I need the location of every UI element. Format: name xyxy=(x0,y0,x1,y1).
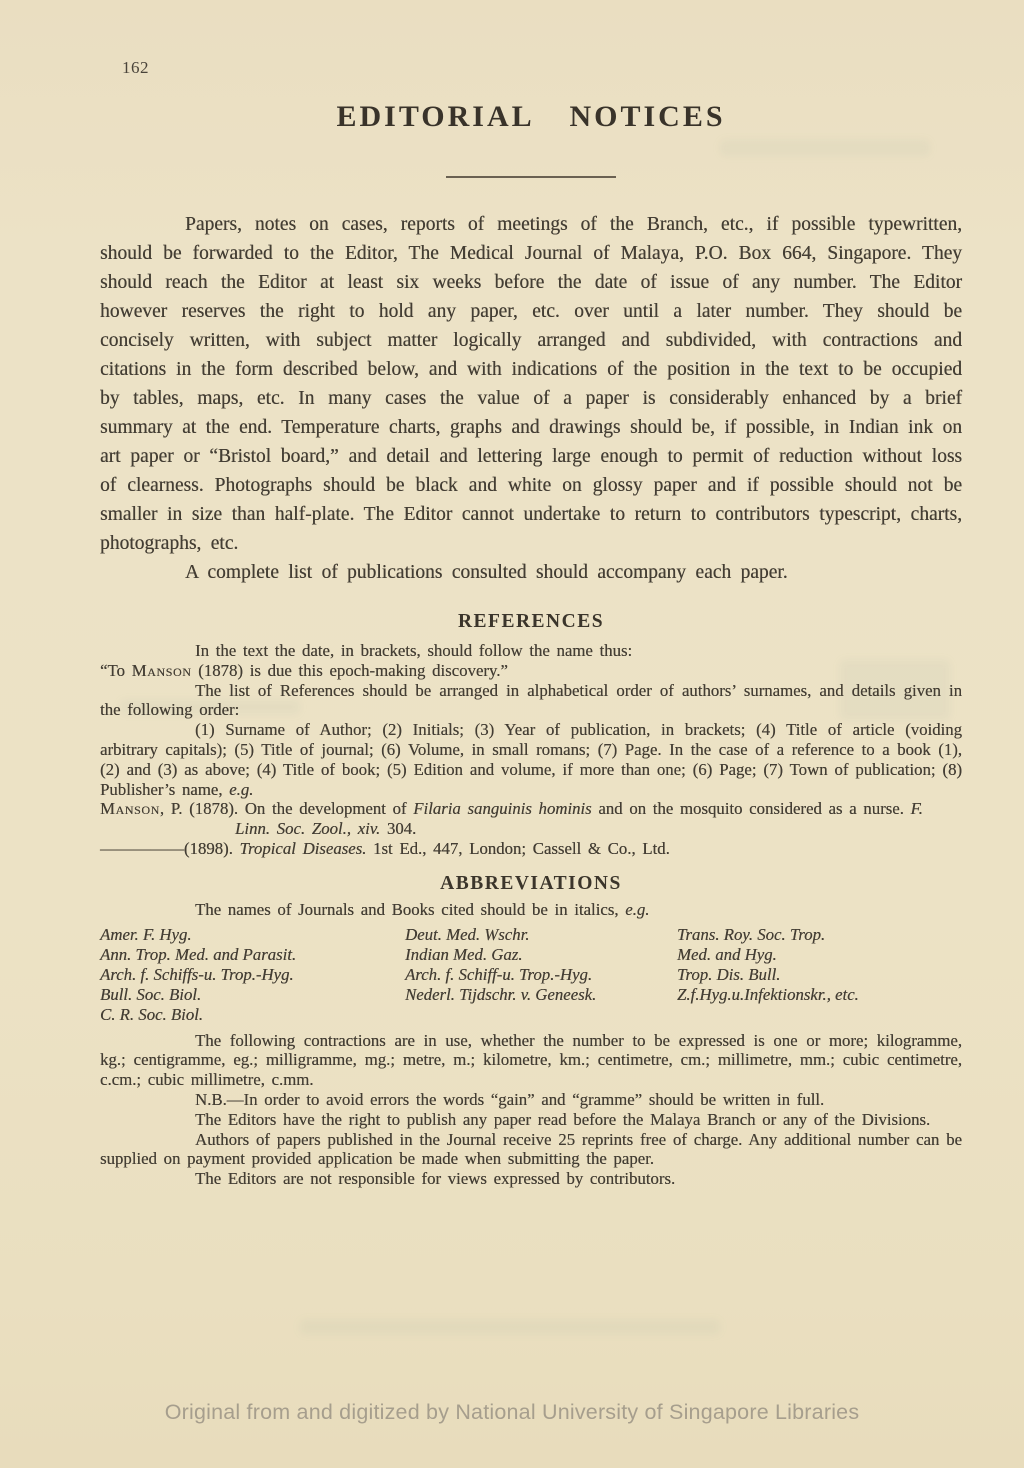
abbreviation-item: Ann. Trop. Med. and Parasit. xyxy=(100,945,405,965)
bleed-through-artifact xyxy=(300,1320,720,1334)
abbreviations-heading: ABBREVIATIONS xyxy=(100,873,962,895)
reference-rule-in-text: In the text the date, in brackets, shoul… xyxy=(100,641,962,661)
abbreviation-item: Arch. f. Schiff-u. Trop.-Hyg. xyxy=(405,965,677,985)
abbreviation-item: Deut. Med. Wschr. xyxy=(405,925,677,945)
note-reprints: Authors of papers published in the Journ… xyxy=(100,1130,962,1170)
complete-list-line: A complete list of publications consulte… xyxy=(100,558,962,587)
footer-credit: Original from and digitized by National … xyxy=(0,1400,1024,1425)
references-section: In the text the date, in brackets, shoul… xyxy=(100,641,962,859)
references-heading: REFERENCES xyxy=(100,611,962,633)
editorial-intro-paragraph: Papers, notes on cases, reports of meeti… xyxy=(100,210,962,558)
abbreviation-item: Nederl. Tijdschr. v. Geneesk. xyxy=(405,985,677,1005)
title-divider xyxy=(446,176,616,178)
abbreviation-item: C. R. Soc. Biol. xyxy=(100,1005,405,1025)
page-title: EDITORIAL NOTICES xyxy=(100,100,962,134)
reference-rule-numbered: (1) Surname of Author; (2) Initials; (3)… xyxy=(100,720,962,799)
abbreviations-intro: The names of Journals and Books cited sh… xyxy=(100,900,962,920)
abbreviation-item: Trop. Dis. Bull. xyxy=(677,965,962,985)
note-publish-rights: The Editors have the right to publish an… xyxy=(100,1110,962,1130)
note-contractions: The following contractions are in use, w… xyxy=(100,1031,962,1090)
scanned-journal-page: 162 EDITORIAL NOTICES Papers, notes on c… xyxy=(0,0,1024,1468)
reference-rule-order: The list of References should be arrange… xyxy=(100,681,962,721)
abbreviation-item: Indian Med. Gaz. xyxy=(405,945,677,965)
abbreviation-item: Bull. Soc. Biol. xyxy=(100,985,405,1005)
abbreviation-item: Z.f.Hyg.u.Infektionskr., etc. xyxy=(677,985,962,1005)
abbreviation-item: Med. and Hyg. xyxy=(677,945,962,965)
abbreviation-item: Amer. F. Hyg. xyxy=(100,925,405,945)
reference-entry-manson-1878: Manson, P. (1878). On the development of… xyxy=(100,799,962,839)
note-nb-gain-gramme: N.B.—In order to avoid errors the words … xyxy=(100,1090,962,1110)
abbreviations-column-3: Trans. Roy. Soc. Trop. Med. and Hyg. Tro… xyxy=(677,925,962,1025)
reference-example-quote: “To Manson (1878) is due this epoch-maki… xyxy=(100,661,962,681)
abbreviation-item: Trans. Roy. Soc. Trop. xyxy=(677,925,962,945)
abbreviation-item: Arch. f. Schiffs-u. Trop.-Hyg. xyxy=(100,965,405,985)
editorial-notes-section: The following contractions are in use, w… xyxy=(100,1031,962,1189)
journal-abbreviations-list: Amer. F. Hyg. Ann. Trop. Med. and Parasi… xyxy=(100,925,962,1025)
reference-entry-manson-1898: —————(1898). Tropical Diseases. 1st Ed.,… xyxy=(100,839,962,859)
page-content: EDITORIAL NOTICES Papers, notes on cases… xyxy=(100,0,962,1189)
note-responsibility: The Editors are not responsible for view… xyxy=(100,1169,962,1189)
abbreviations-column-2: Deut. Med. Wschr. Indian Med. Gaz. Arch.… xyxy=(405,925,677,1025)
abbreviations-column-1: Amer. F. Hyg. Ann. Trop. Med. and Parasi… xyxy=(100,925,405,1025)
